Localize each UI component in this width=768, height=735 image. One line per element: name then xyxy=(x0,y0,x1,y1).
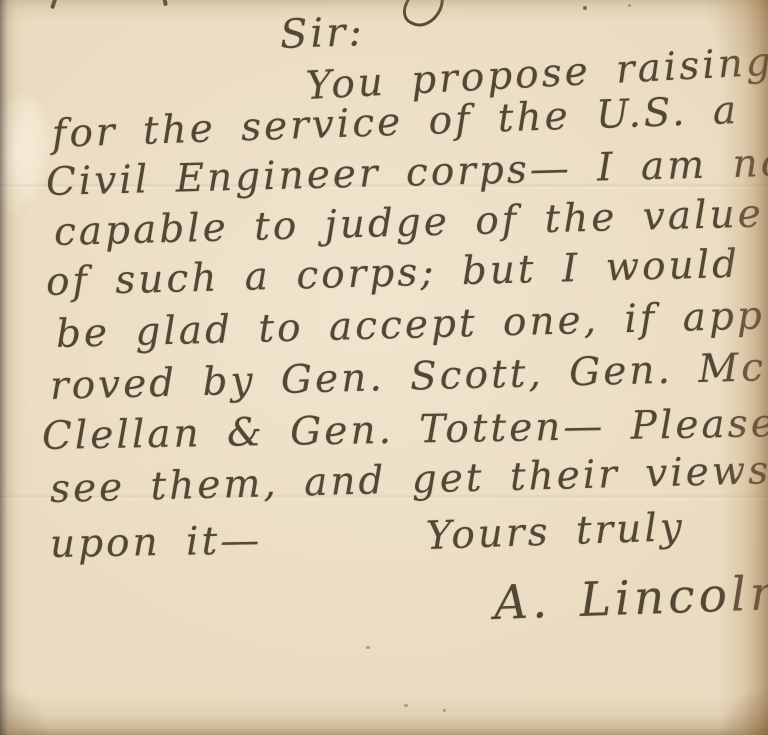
letter-closing: Yours truly xyxy=(425,505,685,559)
cutoff-stroke-fragment xyxy=(398,0,451,34)
letter-body-line: see them, and get their views xyxy=(49,448,768,512)
letter-body-line: upon it— xyxy=(50,518,263,567)
letter-body-line: roved by Gen. Scott, Gen. Mc xyxy=(49,345,766,409)
paper-speck xyxy=(628,4,631,7)
paper-speck xyxy=(443,709,446,712)
manuscript-paper: Sir: You propose raising, for the servic… xyxy=(0,0,768,735)
paper-speck xyxy=(404,704,408,707)
cutoff-stroke-fragment xyxy=(162,0,168,6)
paper-speck xyxy=(366,646,370,649)
letter-signature: A. Lincoln xyxy=(493,566,768,631)
letter-salutation: Sir: xyxy=(279,9,365,58)
cutoff-stroke-fragment xyxy=(50,0,58,9)
ink-dot xyxy=(583,6,587,10)
